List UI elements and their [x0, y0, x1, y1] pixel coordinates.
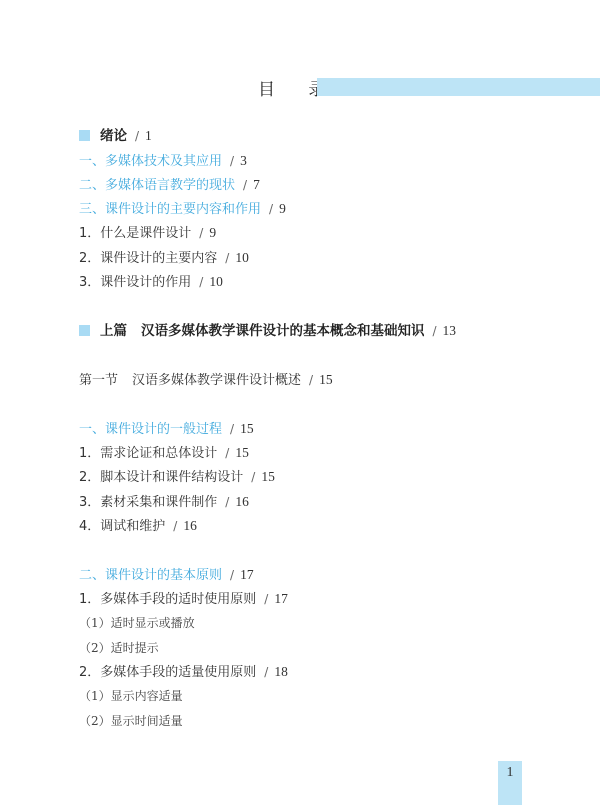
separator: /	[251, 470, 255, 484]
separator: /	[264, 592, 268, 606]
toc-header: 目 录	[0, 72, 600, 102]
toc-entry-label: 二、多媒体语言教学的现状	[79, 178, 235, 193]
toc-page-number: 15	[319, 372, 333, 387]
toc-entry-section[interactable]: 一、课件设计的一般过程/15	[79, 420, 254, 439]
square-bullet-icon	[79, 325, 90, 336]
separator: /	[433, 324, 437, 338]
toc-entry-label: 2．多媒体手段的适量使用原则	[79, 665, 256, 680]
separator: /	[135, 129, 139, 143]
toc-entry-label: 2．课件设计的主要内容	[79, 251, 217, 266]
separator: /	[225, 251, 229, 265]
separator: /	[199, 275, 203, 289]
page-number-tab: 1	[498, 761, 522, 805]
toc-entry-label: 一、课件设计的一般过程	[79, 422, 222, 437]
toc-entry-label: 一、多媒体技术及其应用	[79, 154, 222, 169]
toc-page-number: 18	[274, 664, 288, 679]
toc-entry-label: 二、课件设计的基本原则	[79, 568, 222, 583]
toc-entry-label: （1）显示内容适量	[79, 689, 183, 703]
toc-entry-part[interactable]: 绪论/1	[79, 127, 152, 146]
toc-entry-label: （1）适时显示或播放	[79, 616, 195, 630]
toc-page-number: 13	[443, 323, 457, 338]
toc-entry-item[interactable]: 4．调试和维护/16	[79, 517, 197, 536]
toc-entry-sub[interactable]: （2）显示时间适量	[79, 712, 183, 731]
separator: /	[230, 568, 234, 582]
toc-entry-item[interactable]: 3．素材采集和课件制作/16	[79, 493, 249, 512]
toc-entry-part[interactable]: 上篇汉语多媒体教学课件设计的基本概念和基础知识/13	[79, 322, 456, 341]
toc-page-number: 9	[279, 201, 286, 216]
separator: /	[243, 178, 247, 192]
toc-entry-item[interactable]: 2．脚本设计和课件结构设计/15	[79, 468, 275, 487]
separator: /	[225, 495, 229, 509]
toc-entry-label: 2．脚本设计和课件结构设计	[79, 470, 243, 485]
title-accent-bar	[317, 78, 600, 96]
square-bullet-icon	[79, 130, 90, 141]
toc-entry-item[interactable]: 2．课件设计的主要内容/10	[79, 249, 249, 268]
page-number: 1	[498, 765, 522, 781]
separator: /	[230, 422, 234, 436]
toc-entry-label: 1．多媒体手段的适时使用原则	[79, 592, 256, 607]
toc-entry-item[interactable]: 1．多媒体手段的适时使用原则/17	[79, 590, 288, 609]
toc-entry-label: 4．调试和维护	[79, 519, 165, 534]
separator: /	[230, 154, 234, 168]
toc-entry-item[interactable]: 2．多媒体手段的适量使用原则/18	[79, 663, 288, 682]
toc-entry-section[interactable]: 一、多媒体技术及其应用/3	[79, 152, 247, 171]
toc-page-number: 3	[240, 153, 247, 168]
separator: /	[199, 226, 203, 240]
toc-entry-label: 1．需求论证和总体设计	[79, 446, 217, 461]
toc-page-number: 17	[274, 591, 288, 606]
separator: /	[225, 446, 229, 460]
toc-page-number: 10	[235, 250, 249, 265]
toc-entry-section[interactable]: 二、多媒体语言教学的现状/7	[79, 176, 260, 195]
toc-entry-label: （2）适时提示	[79, 641, 159, 655]
separator: /	[269, 202, 273, 216]
toc-entry-label: 第一节	[79, 373, 118, 388]
toc-entry-label: 上篇	[100, 323, 127, 339]
toc-entry-item[interactable]: 1．什么是课件设计/9	[79, 224, 216, 243]
toc-page-number: 15	[261, 469, 275, 484]
separator: /	[173, 519, 177, 533]
toc-entry-item[interactable]: 1．需求论证和总体设计/15	[79, 444, 249, 463]
toc-entry-section[interactable]: 二、课件设计的基本原则/17	[79, 566, 254, 585]
toc-entry-sub[interactable]: （2）适时提示	[79, 639, 159, 658]
toc-entry-section[interactable]: 三、课件设计的主要内容和作用/9	[79, 200, 286, 219]
toc-entry-sub[interactable]: （1）适时显示或播放	[79, 614, 195, 633]
toc-page-number: 10	[209, 274, 223, 289]
toc-entry-label: 绪论	[100, 128, 127, 144]
toc-entry-label: 3．课件设计的作用	[79, 275, 191, 290]
toc-page-number: 16	[235, 494, 249, 509]
toc-page-number: 15	[240, 421, 254, 436]
toc-page-number: 7	[253, 177, 260, 192]
toc-entry-label: （2）显示时间适量	[79, 714, 183, 728]
toc-page-number: 9	[209, 225, 216, 240]
toc-page-number: 1	[145, 128, 152, 143]
toc-page-number: 17	[240, 567, 254, 582]
toc-entry-label: 三、课件设计的主要内容和作用	[79, 202, 261, 217]
toc-page-number: 16	[183, 518, 197, 533]
toc-page-number: 15	[235, 445, 249, 460]
toc-entry-label: 3．素材采集和课件制作	[79, 495, 217, 510]
separator: /	[309, 373, 313, 387]
toc-entry-item[interactable]: 3．课件设计的作用/10	[79, 273, 223, 292]
toc-entry-title: 汉语多媒体教学课件设计概述	[132, 373, 301, 388]
separator: /	[264, 665, 268, 679]
toc-entry-label: 1．什么是课件设计	[79, 226, 191, 241]
toc-entry-chapter[interactable]: 第一节汉语多媒体教学课件设计概述/15	[79, 371, 333, 390]
toc-entry-title: 汉语多媒体教学课件设计的基本概念和基础知识	[141, 323, 425, 339]
toc-entry-sub[interactable]: （1）显示内容适量	[79, 687, 183, 706]
